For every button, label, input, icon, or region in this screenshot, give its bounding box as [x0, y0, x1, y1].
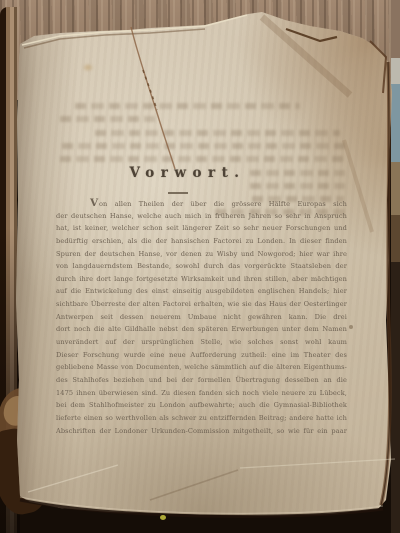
text-line: Spuren der deutschen Hanse, vor denen zu… [56, 248, 347, 261]
ghost-text-line [60, 116, 155, 122]
ghost-text-line [60, 156, 344, 162]
text-line: gebliebene Masse von Documenten, welche … [56, 361, 347, 374]
text-line: Von allen Theilen der über die grössere … [56, 197, 347, 210]
text-line: sichtbare Überreste der alten Factorei e… [56, 298, 347, 311]
text-line: dort noch die alte Gildhalle nebst den s… [56, 323, 347, 336]
text-line: Dieser Forschung wurde eine neue Aufford… [56, 349, 347, 362]
text-line: hat, ist keiner, welcher schon seit läng… [56, 222, 347, 235]
text-line: auf die Entwickelung des einst einseitig… [56, 285, 347, 298]
text-line: Abschriften der Londoner Urkunden-Commis… [56, 425, 347, 438]
adjacent-book-edge [391, 0, 400, 533]
preface-heading: Vorwort. [40, 165, 335, 181]
drop-cap: V [90, 197, 99, 209]
text-line: bei dem Stahlhofmeister zu London aufbew… [56, 399, 347, 412]
heading-rule [168, 192, 188, 194]
text-line: bedürftig erschien, als die der hansisch… [56, 235, 347, 248]
text-line: unverändert auf der ursprünglichen Stell… [56, 336, 347, 349]
text-line: von langdauerndstem Bestande, sowohl dur… [56, 260, 347, 273]
text-line: Antwerpen seit dessen neuerem Umbaue nic… [56, 311, 347, 324]
text-line: der deutschen Hanse, welche auch mich in… [56, 210, 347, 223]
text-line: 1475 ihnen überwiesen sind. Zu diesen fa… [56, 387, 347, 400]
photograph-of-open-book: Vorwort. Von allen Theilen der über die … [0, 0, 400, 533]
ghost-text-line [95, 130, 340, 136]
text-line: durch ihre dort lange fortgesetzte Wirks… [56, 273, 347, 286]
ghost-text-line [75, 103, 300, 109]
foxing-stain [349, 325, 353, 329]
ghost-text-line [62, 143, 345, 149]
text-line: des Stahlhofes beziehen und bei der form… [56, 374, 347, 387]
debris-speck [160, 515, 166, 520]
foxing-stain [82, 63, 94, 72]
ghost-text-line [250, 183, 345, 189]
text-line: lieferte einen so werthvollen als schwer… [56, 412, 347, 425]
preface-body: Von allen Theilen der über die grössere … [56, 197, 347, 437]
